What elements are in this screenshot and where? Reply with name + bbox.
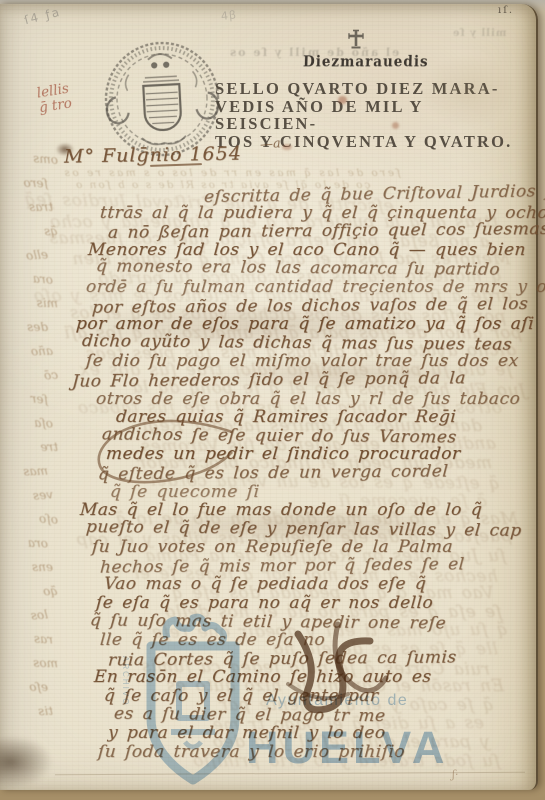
- manuscript-line: Vao mas o q̃ ſe pediada dos eſe q̃: [58, 574, 540, 593]
- manuscript-line: por eſtos años de los dichos vaſos de q̃…: [58, 296, 540, 315]
- margin-bleed-word: cō: [44, 368, 59, 383]
- manuscript-line: En rasōn el Camino ſe hizo auto es: [58, 667, 540, 686]
- margin-bleed-word: eſo: [29, 680, 48, 694]
- bleedthrough-print-corner: mill y ſe: [452, 28, 506, 39]
- margin-bleed-word: año: [31, 344, 54, 359]
- margin-bleed-word: oſa: [34, 416, 53, 431]
- red-marginalia: lellis ḡ tro: [36, 82, 73, 117]
- margin-bleed-word: ſer: [30, 391, 48, 406]
- margin-bleed-word: q̃o: [43, 584, 58, 599]
- bleedthrough-script-line: ſero de las q̃ mas en rr de los o s mas …: [62, 167, 400, 179]
- paper-sheet: ſ4 ƒa 4ꞵ ıſ. el año de mill y ſe os: [0, 4, 538, 790]
- margin-bleed-word: ello: [26, 247, 49, 263]
- manuscript-line: lle q̃ ſe es es de eſa no: [58, 630, 540, 649]
- manuscript-line: ruia Cortes q̃ ſe puſo ſedea ca ſumis: [58, 649, 540, 668]
- manuscript-line: ſe dio ſu pago el miſmo valor trae ſus d…: [58, 351, 540, 370]
- bottom-right-mark: ʃ·: [452, 768, 458, 781]
- margin-bleed-word: oms: [33, 151, 59, 167]
- manuscript-line: q̃ ſe quecome ſi: [58, 482, 540, 501]
- manuscript-lines: eſscritta de q̃ bue Criſtoval Jurdios ſe…: [58, 184, 540, 776]
- manuscript-line: es a ſu dier q̃ el pago tr me: [58, 705, 540, 724]
- ink-check-mark: —a: [260, 136, 282, 152]
- manuscript-line: pueſto el q̃ de eſe y penſar las villas …: [58, 519, 540, 538]
- manuscript-line: eſscritta de q̃ bue Criſtoval Jurdios ſe…: [58, 184, 540, 203]
- margin-bleed-word: tre: [40, 440, 58, 454]
- margin-bleed-word: ora: [28, 536, 49, 551]
- margin-bleed-word: mas: [23, 464, 48, 479]
- manuscript-line: andichos ſe eſe quier do ſus Varomes: [58, 426, 540, 445]
- scanned-page: ſ4 ƒa 4ꞵ ıſ. el año de mill y ſe os: [0, 0, 545, 800]
- manuscript-line: y para el dar meſnil y lo deo: [58, 723, 540, 742]
- margin-bleed-word: ras: [33, 631, 53, 646]
- manuscript-line: Juo Flo herederos ſido el q̃ ſe ponq̃ da…: [58, 370, 540, 389]
- margin-bleed-word: tis: [38, 704, 53, 719]
- manuscript-line: Mas q̃ el lo fue mas donde un oſo de lo …: [58, 500, 540, 519]
- manuscript-line: q̃ ſe caſo y el q̃ el gente par: [58, 686, 540, 705]
- margin-bleed-word: des: [27, 320, 48, 334]
- cross-icon: [346, 28, 366, 50]
- manuscript-line: ſe eſa q̃ es para no aq̃ er nos dello: [58, 593, 540, 612]
- manuscript-line: dicho ayũto y las dichas q̃ mas ſus pues…: [58, 333, 540, 352]
- margin-bleed-word: ens: [32, 560, 53, 574]
- seal-text-line: SELLO QVARTO DIEZ MARA-: [215, 80, 527, 98]
- manuscript-line: ſu ſoda travera y lo erio prihiſio: [58, 742, 540, 761]
- manuscript-line: por amor de eſos para q̃ ſe amatizo ya q…: [58, 314, 540, 333]
- manuscript-line: a nō ßeſan pan tierra offiçio quel cos ſ…: [58, 221, 540, 240]
- manuscript-line: medes un pedir el ſindico procurador: [58, 444, 540, 463]
- margin-bleed-word: ves: [32, 487, 53, 502]
- manuscript-line: q̃ ſu uſo mas ti etil y apedir one reſe: [58, 612, 540, 631]
- manuscript-line: dares quias q̃ Ramires ſacador Reḡi: [58, 407, 540, 426]
- manuscript-line: ttrās al q̃ la pudiera y q̃ el q̃ çinque…: [58, 203, 540, 222]
- manuscript-line: ordē a ſu fulman cantidad treçientos de …: [58, 277, 540, 296]
- margin-bleed-word: oſo: [39, 511, 59, 526]
- margin-bleed-word: los: [30, 607, 48, 622]
- manuscript-line: q̃ monesto era los las acomarca ſu parti…: [58, 258, 540, 277]
- red-marginalia-line: ḡ tro: [38, 96, 73, 116]
- manuscript-line: hechos ſe q̃ mis mor por q̃ ſedes ſe el: [58, 556, 540, 575]
- corner-mark-top-right: ıſ.: [498, 5, 514, 16]
- seal-text-line: VEDIS AÑO DE MIL Y SEISCIEN-: [215, 98, 527, 133]
- margin-bleed-word: ſero: [23, 176, 48, 191]
- margin-bleed-word: mos: [33, 656, 58, 671]
- margin-bleed-word: ora: [32, 271, 53, 286]
- manuscript-line: otros de eſe obra q̃ el las y rl de ſus …: [58, 389, 540, 408]
- pencil-note-top-left: ſ4 ƒa: [23, 5, 63, 28]
- tax-duty-label: Diezmarauedis: [303, 53, 429, 70]
- pencil-note-top-center: 4ꞵ: [220, 7, 237, 24]
- manuscript-line: q̃ eſtede q̃ es los de un verga cordel: [58, 463, 540, 482]
